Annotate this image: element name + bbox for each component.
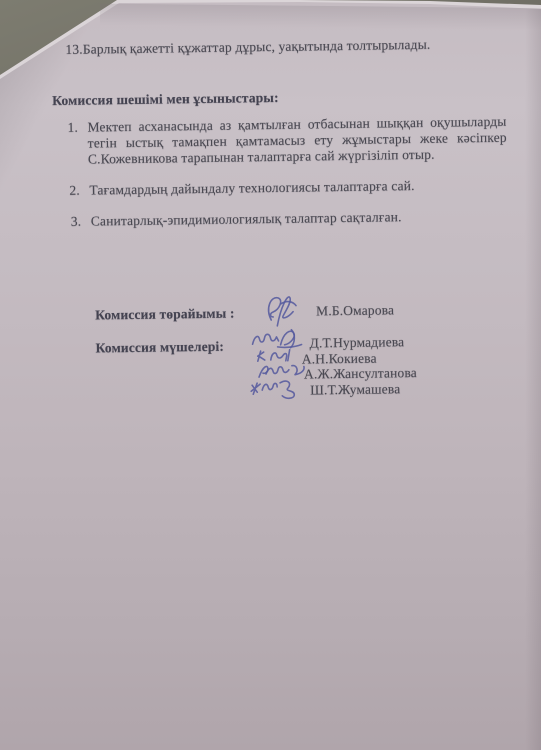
signature-member-4-icon (248, 377, 302, 402)
decision-1-number: 1. (67, 120, 78, 136)
chair-name: М.Б.Омарова (316, 302, 394, 319)
member-name-4: Ш.Т.Жумашева (310, 381, 400, 398)
chair-label: Комиссия төрайымы : (95, 305, 235, 323)
paragraph-13: 13.Барлық қажетті құжаттар дұрыс, уақыты… (65, 37, 430, 58)
members-label: Комиссия мүшелері: (96, 339, 225, 357)
decision-2-line-1: Тағамдардың дайындалу технологиясы талап… (89, 178, 414, 199)
decision-1-item: Мектеп асханасында аз қамтылған отбасына… (87, 114, 507, 168)
member-name-3: А.Ж.Жансултанова (304, 365, 417, 383)
commission-heading: Комиссия шешімі мен ұсыныстары: (52, 90, 279, 109)
signature-chair-icon (261, 290, 302, 329)
photographed-document: 13.Барлық қажетті құжаттар дұрыс, уақыты… (0, 0, 541, 750)
document-content: 13.Барлық қажетті құжаттар дұрыс, уақыты… (0, 0, 541, 750)
member-name-1: Д.Т.Нурмадиева (309, 334, 404, 351)
decision-3-line-1: Санитарлық-эпидимиологиялық талаптар сақ… (91, 209, 402, 229)
decision-2-number: 2. (69, 183, 80, 199)
decision-3-number: 3. (71, 214, 82, 230)
